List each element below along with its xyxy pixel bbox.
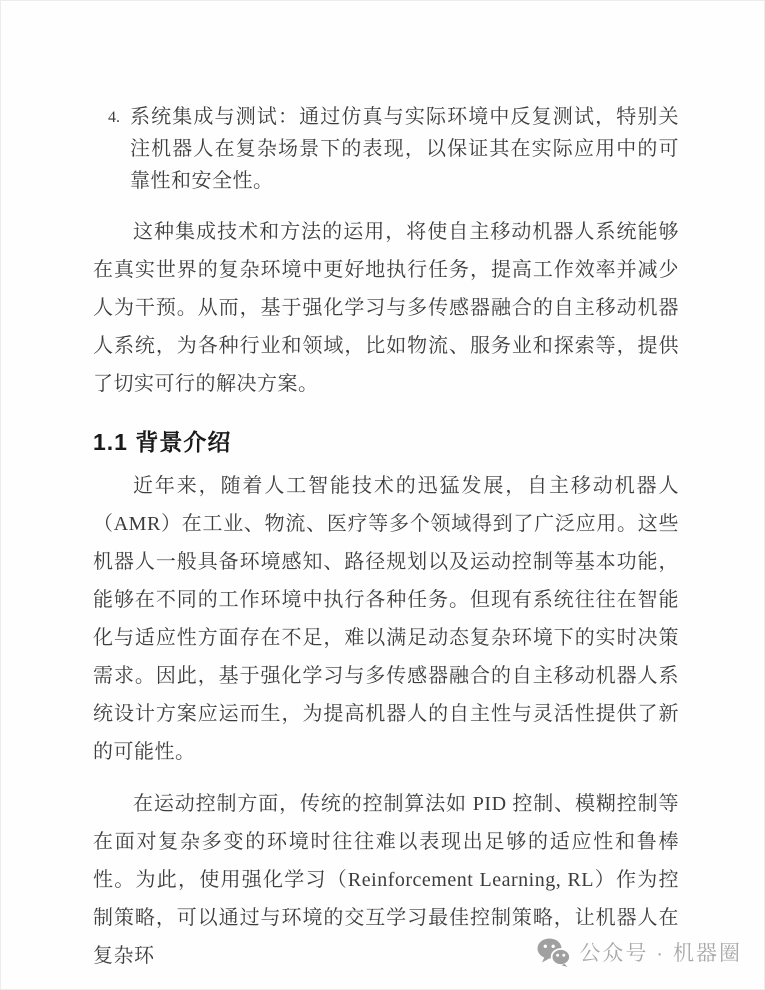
intro-paragraph: 这种集成技术和方法的运用，将使自主移动机器人系统能够在真实世界的复杂环境中更好地… [93,213,679,403]
section-heading: 1.1 背景介绍 [93,427,679,457]
list-item-text: 系统集成与测试：通过仿真与实际环境中反复测试，特别关注机器人在复杂场景下的表现，… [130,101,679,197]
wechat-icon [537,938,570,967]
numbered-list-item: 4. 系统集成与测试：通过仿真与实际环境中反复测试，特别关注机器人在复杂场景下的… [93,101,679,197]
footer-watermark: 公众号 · 机器圈 [537,937,742,967]
page-content: 4. 系统集成与测试：通过仿真与实际环境中反复测试，特别关注机器人在复杂场景下的… [1,1,764,975]
list-item-number: 4. [108,101,130,197]
watermark-label: 公众号 · 机器圈 [579,937,742,967]
background-paragraph-1: 近年来，随着人工智能技术的迅猛发展，自主移动机器人（AMR）在工业、物流、医疗等… [93,467,679,771]
document-page: 4. 系统集成与测试：通过仿真与实际环境中反复测试，特别关注机器人在复杂场景下的… [0,0,765,990]
